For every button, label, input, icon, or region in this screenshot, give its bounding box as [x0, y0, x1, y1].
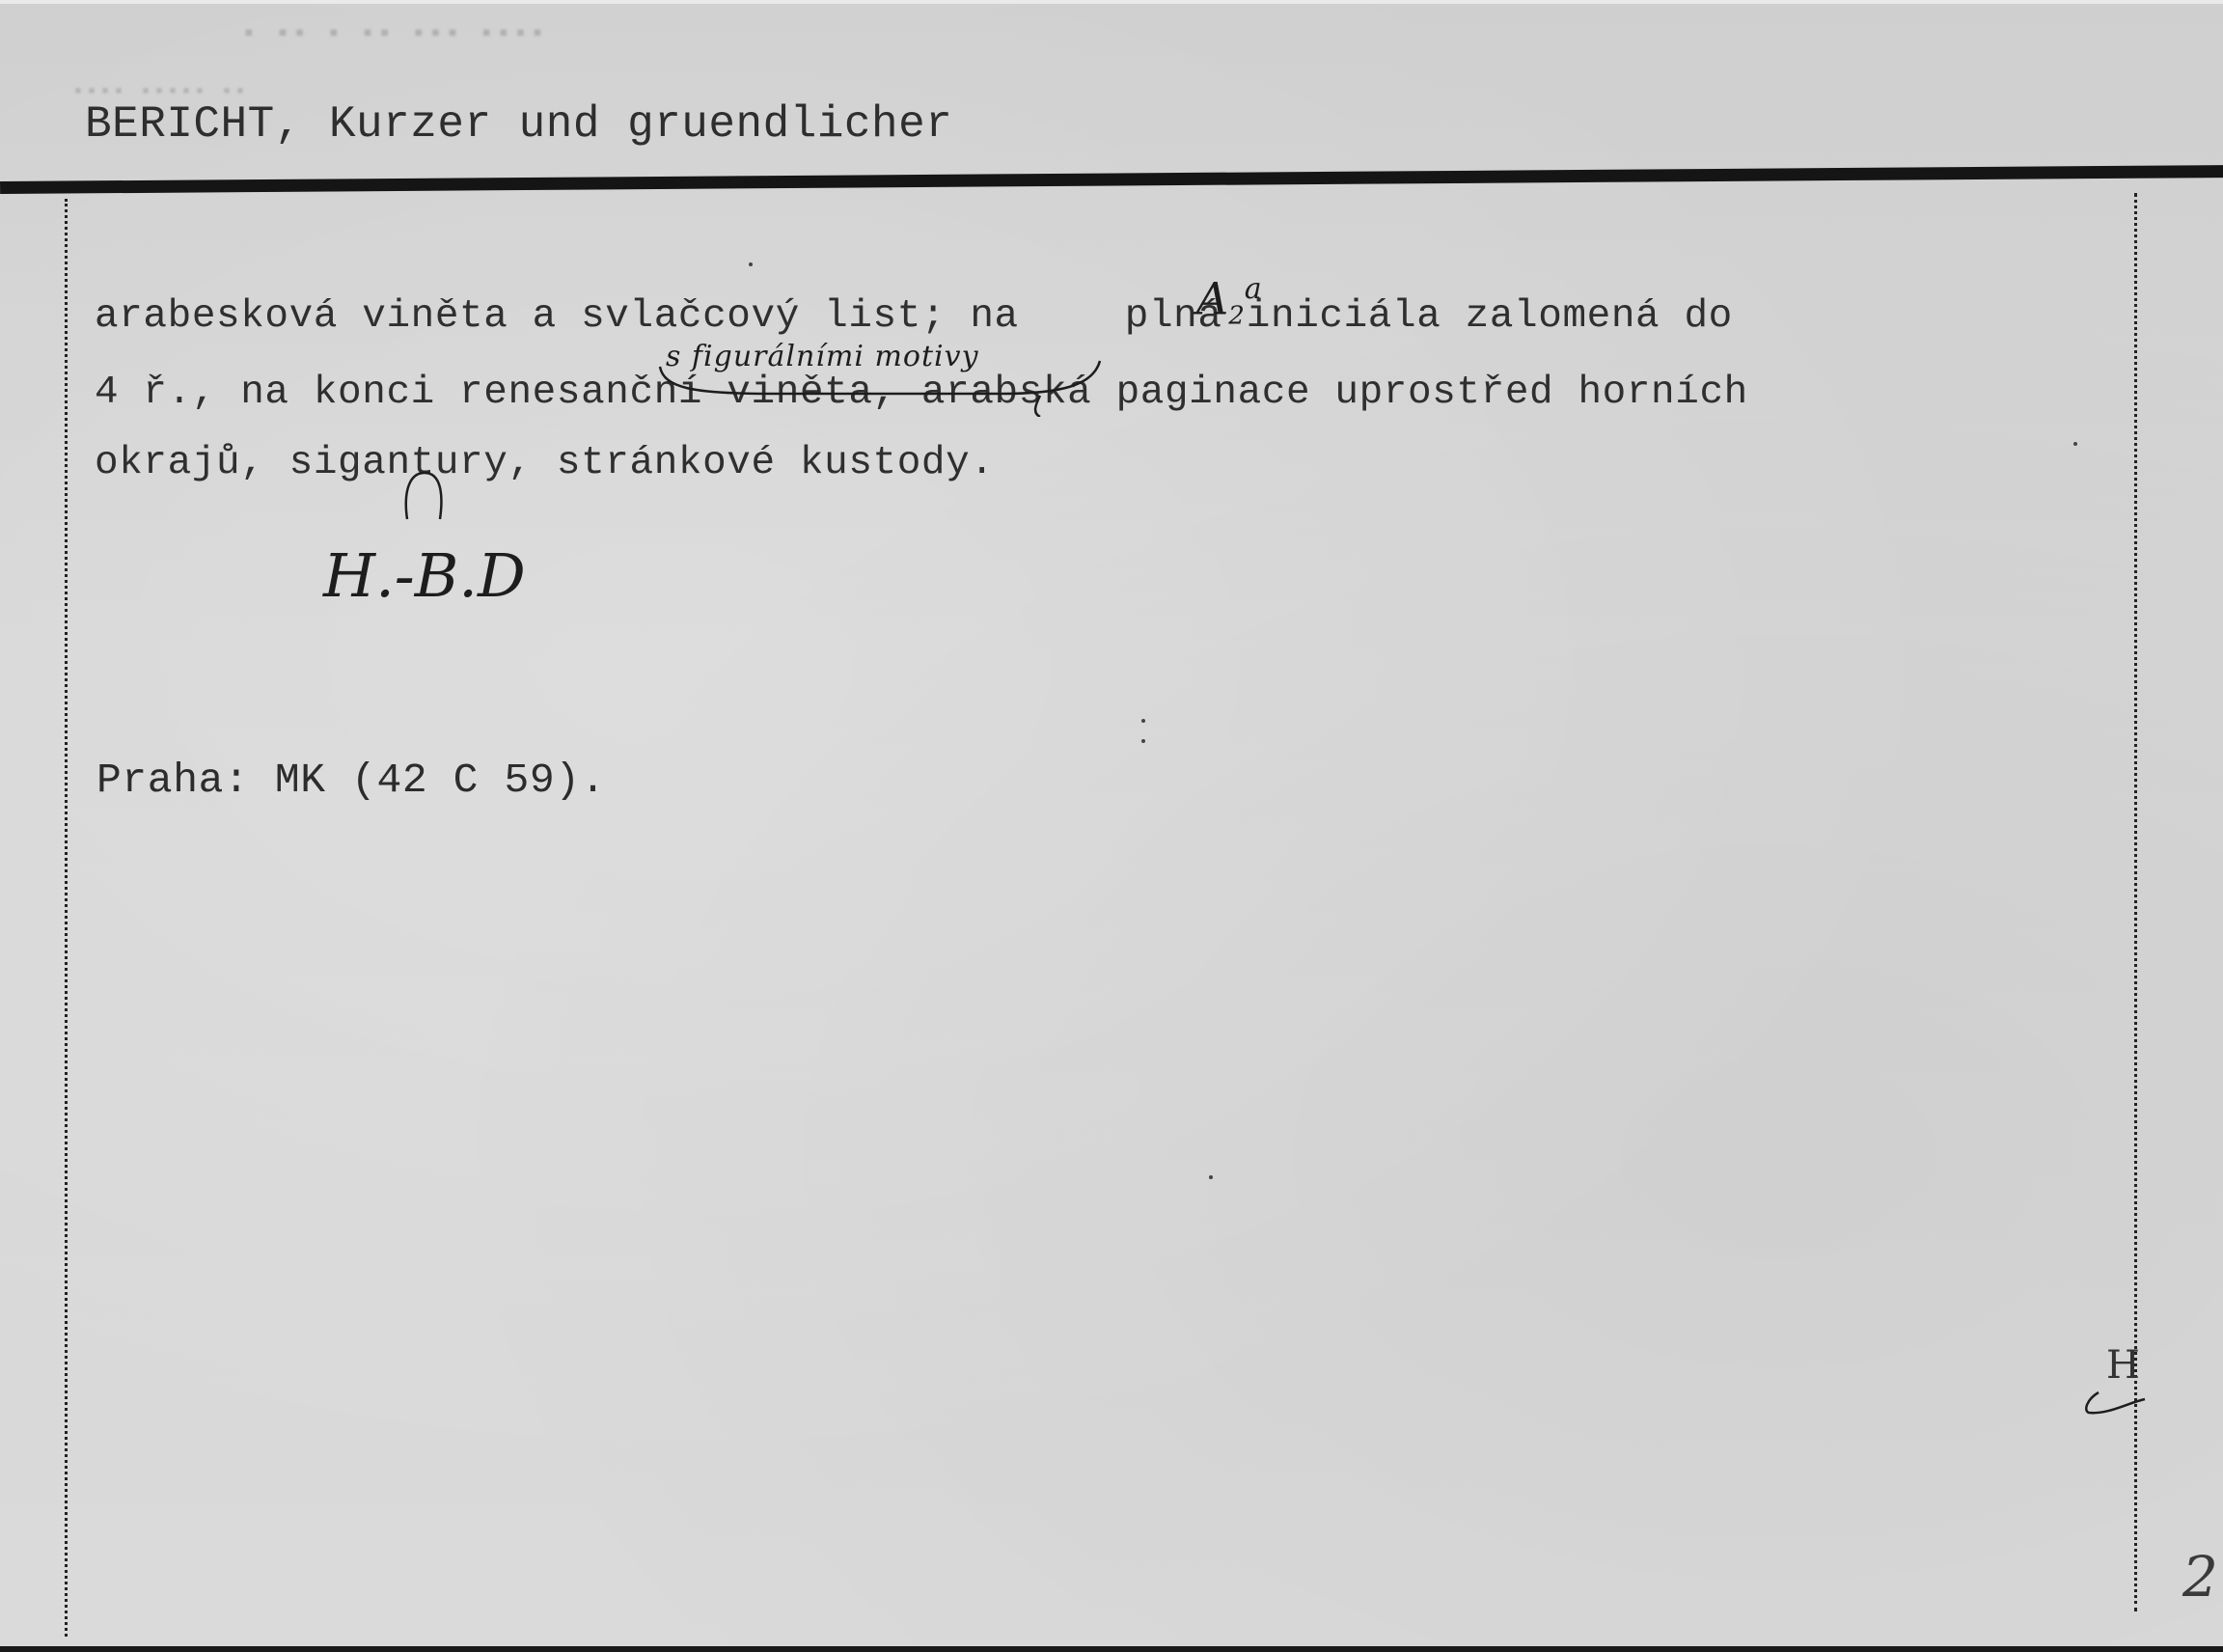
- left-margin-line: [65, 199, 68, 1637]
- paper-speck: [1141, 719, 1145, 723]
- handwritten-signature-mark: A2a: [1196, 272, 1262, 331]
- card-number: 2: [2182, 1544, 2218, 1610]
- insertion-caret-line: [654, 359, 1108, 417]
- card-bottom-edge: [0, 1646, 2223, 1652]
- correction-loop-mark: [396, 463, 453, 521]
- corner-mark: H: [2106, 1343, 2140, 1388]
- card-top-edge: [0, 0, 2223, 4]
- handwritten-initials: H.-B.D: [323, 540, 526, 611]
- check-mark-icon: [2079, 1390, 2147, 1418]
- paper-speck: [1209, 1175, 1213, 1179]
- paper-speck: [749, 262, 753, 266]
- paper-speck: [2073, 442, 2077, 446]
- description-line-3: okrajů, sigantury, stránkové kustody.: [95, 441, 995, 485]
- card-heading: BERICHT, Kurzer und gruendlicher: [85, 99, 952, 150]
- line1-prefix: arabesková viněta a svlačcový list; na: [95, 294, 1019, 339]
- description-line-1: arabesková viněta a svlačcový list; napl…: [95, 294, 1733, 339]
- bleed-through-text: ▪ ▪▪ ▪ ▪▪ ▪▪▪ ▪▪▪▪: [241, 19, 547, 48]
- holding-location: Praha: MK (42 C 59).: [96, 757, 606, 804]
- paper-speck: [1141, 739, 1145, 743]
- catalog-card: ▪ ▪▪ ▪ ▪▪ ▪▪▪ ▪▪▪▪ ▪▪▪▪ ▪▪▪▪▪ ▪▪ BERICHT…: [0, 0, 2223, 1652]
- heading-rule: [0, 165, 2223, 194]
